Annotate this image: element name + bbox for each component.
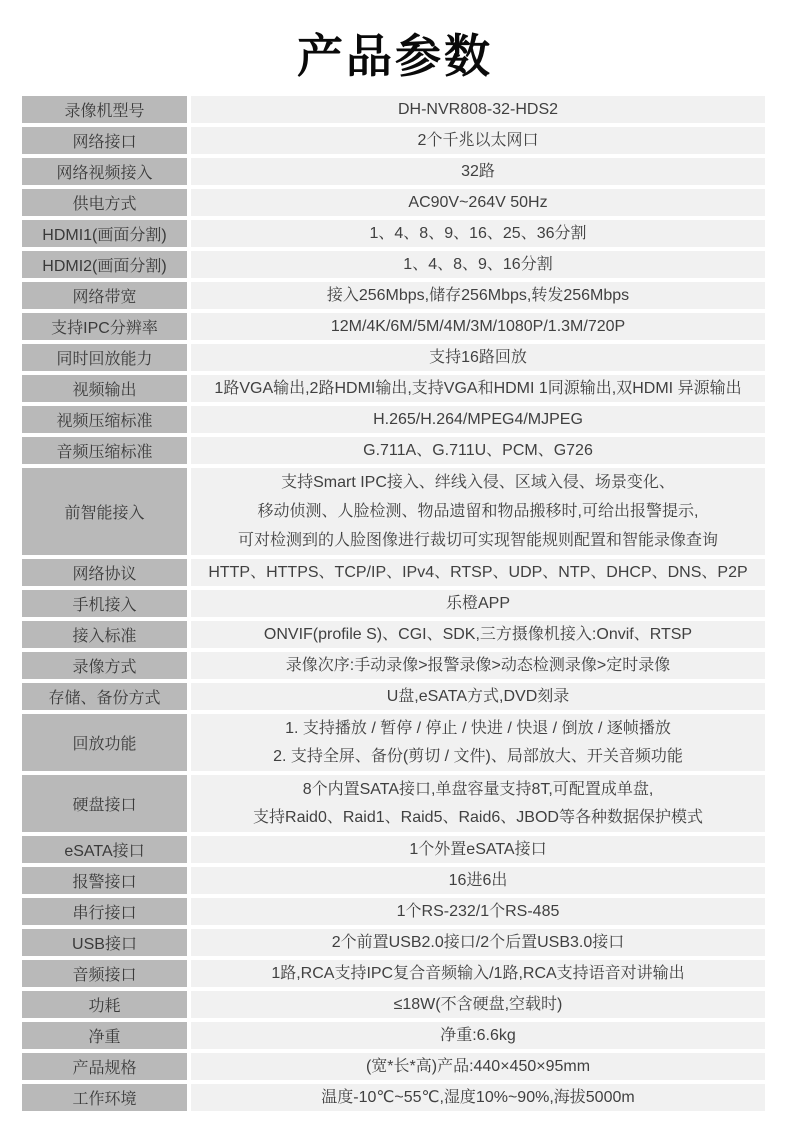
row-label: eSATA接口 bbox=[22, 836, 187, 863]
table-row: 视频输出1路VGA输出,2路HDMI输出,支持VGA和HDMI 1同源输出,双H… bbox=[22, 375, 765, 402]
row-label: 支持IPC分辨率 bbox=[22, 313, 187, 340]
row-label: USB接口 bbox=[22, 929, 187, 956]
row-value-line: 2个千兆以太网口 bbox=[418, 127, 539, 154]
row-label: 录像方式 bbox=[22, 652, 187, 679]
table-row: 接入标准ONVIF(profile S)、CGI、SDK,三方摄像机接入:Onv… bbox=[22, 621, 765, 648]
row-value: 1个RS-232/1个RS-485 bbox=[191, 898, 765, 925]
row-value-line: 支持16路回放 bbox=[429, 344, 527, 371]
row-label: 手机接入 bbox=[22, 590, 187, 617]
row-label: 录像机型号 bbox=[22, 96, 187, 123]
row-value: DH-NVR808-32-HDS2 bbox=[191, 96, 765, 123]
row-value-line: ONVIF(profile S)、CGI、SDK,三方摄像机接入:Onvif、R… bbox=[264, 621, 692, 648]
table-row: 工作环境温度-10℃~55℃,湿度10%~90%,海拔5000m bbox=[22, 1084, 765, 1111]
row-label: 接入标准 bbox=[22, 621, 187, 648]
row-value-line: U盘,eSATA方式,DVD刻录 bbox=[387, 683, 570, 710]
row-value: 净重:6.6kg bbox=[191, 1022, 765, 1049]
table-row: 硬盘接口8个内置SATA接口,单盘容量支持8T,可配置成单盘,支持Raid0、R… bbox=[22, 775, 765, 832]
row-value-line: 1个外置eSATA接口 bbox=[409, 836, 546, 863]
row-value: G.711A、G.711U、PCM、G726 bbox=[191, 437, 765, 464]
row-value-line: 支持Smart IPC接入、绊线入侵、区域入侵、场景变化、 bbox=[281, 469, 675, 496]
row-value: 8个内置SATA接口,单盘容量支持8T,可配置成单盘,支持Raid0、Raid1… bbox=[191, 775, 765, 832]
row-label: 前智能接入 bbox=[22, 468, 187, 555]
row-value-line: 乐橙APP bbox=[446, 590, 510, 617]
row-value: (宽*长*高)产品:440×450×95mm bbox=[191, 1053, 765, 1080]
row-value-line: 12M/4K/6M/5M/4M/3M/1080P/1.3M/720P bbox=[331, 313, 625, 340]
row-label: 供电方式 bbox=[22, 189, 187, 216]
row-label: 净重 bbox=[22, 1022, 187, 1049]
row-value-line: DH-NVR808-32-HDS2 bbox=[398, 96, 558, 123]
row-label: 工作环境 bbox=[22, 1084, 187, 1111]
row-label: 存储、备份方式 bbox=[22, 683, 187, 710]
row-value-line: 8个内置SATA接口,单盘容量支持8T,可配置成单盘, bbox=[303, 776, 654, 803]
table-row: USB接口2个前置USB2.0接口/2个后置USB3.0接口 bbox=[22, 929, 765, 956]
table-row: 网络协议HTTP、HTTPS、TCP/IP、IPv4、RTSP、UDP、NTP、… bbox=[22, 559, 765, 586]
table-row: HDMI2(画面分割)1、4、8、9、16分割 bbox=[22, 251, 765, 278]
table-row: 视频压缩标准H.265/H.264/MPEG4/MJPEG bbox=[22, 406, 765, 433]
row-value: 1个外置eSATA接口 bbox=[191, 836, 765, 863]
row-value-line: 2个前置USB2.0接口/2个后置USB3.0接口 bbox=[332, 929, 625, 956]
row-value-line: 移动侦测、人脸检测、物品遗留和物品搬移时,可给出报警提示, bbox=[258, 498, 699, 525]
table-row: 供电方式AC90V~264V 50Hz bbox=[22, 189, 765, 216]
row-value: 16进6出 bbox=[191, 867, 765, 894]
row-value-line: 1个RS-232/1个RS-485 bbox=[397, 898, 560, 925]
row-value-line: 2. 支持全屏、备份(剪切 / 文件)、局部放大、开关音频功能 bbox=[273, 743, 683, 770]
row-value: HTTP、HTTPS、TCP/IP、IPv4、RTSP、UDP、NTP、DHCP… bbox=[191, 559, 765, 586]
table-row: 报警接口16进6出 bbox=[22, 867, 765, 894]
table-row: 同时回放能力支持16路回放 bbox=[22, 344, 765, 371]
row-value: 1路,RCA支持IPC复合音频输入/1路,RCA支持语音对讲输出 bbox=[191, 960, 765, 987]
row-label: HDMI2(画面分割) bbox=[22, 251, 187, 278]
table-row: 回放功能1. 支持播放 / 暂停 / 停止 / 快进 / 快退 / 倒放 / 逐… bbox=[22, 714, 765, 771]
table-row: 网络接口2个千兆以太网口 bbox=[22, 127, 765, 154]
row-label: 硬盘接口 bbox=[22, 775, 187, 832]
row-value: 录像次序:手动录像>报警录像>动态检测录像>定时录像 bbox=[191, 652, 765, 679]
table-row: 音频接口1路,RCA支持IPC复合音频输入/1路,RCA支持语音对讲输出 bbox=[22, 960, 765, 987]
table-row: 录像方式录像次序:手动录像>报警录像>动态检测录像>定时录像 bbox=[22, 652, 765, 679]
row-value-line: 接入256Mbps,储存256Mbps,转发256Mbps bbox=[327, 282, 629, 309]
table-row: 网络带宽接入256Mbps,储存256Mbps,转发256Mbps bbox=[22, 282, 765, 309]
table-row: 存储、备份方式U盘,eSATA方式,DVD刻录 bbox=[22, 683, 765, 710]
row-label: 视频压缩标准 bbox=[22, 406, 187, 433]
row-value-line: 32路 bbox=[461, 158, 495, 185]
row-value-line: 1、4、8、9、16、25、36分割 bbox=[370, 220, 587, 247]
row-value: 1路VGA输出,2路HDMI输出,支持VGA和HDMI 1同源输出,双HDMI … bbox=[191, 375, 765, 402]
row-value-line: 可对检测到的人脸图像进行裁切可实现智能规则配置和智能录像查询 bbox=[238, 527, 718, 554]
row-value: 1、4、8、9、16分割 bbox=[191, 251, 765, 278]
row-value-line: H.265/H.264/MPEG4/MJPEG bbox=[373, 406, 583, 433]
table-row: eSATA接口1个外置eSATA接口 bbox=[22, 836, 765, 863]
row-value-line: 1路,RCA支持IPC复合音频输入/1路,RCA支持语音对讲输出 bbox=[271, 960, 684, 987]
row-label: 同时回放能力 bbox=[22, 344, 187, 371]
row-label: 功耗 bbox=[22, 991, 187, 1018]
row-label: 音频压缩标准 bbox=[22, 437, 187, 464]
row-label: 网络视频接入 bbox=[22, 158, 187, 185]
row-value-line: G.711A、G.711U、PCM、G726 bbox=[363, 437, 593, 464]
row-label: 串行接口 bbox=[22, 898, 187, 925]
row-label: 报警接口 bbox=[22, 867, 187, 894]
row-value: 1、4、8、9、16、25、36分割 bbox=[191, 220, 765, 247]
row-value-line: 录像次序:手动录像>报警录像>动态检测录像>定时录像 bbox=[286, 652, 670, 679]
row-value-line: 16进6出 bbox=[449, 867, 508, 894]
row-value-line: 1路VGA输出,2路HDMI输出,支持VGA和HDMI 1同源输出,双HDMI … bbox=[214, 375, 741, 402]
row-value-line: ≤18W(不含硬盘,空载时) bbox=[394, 991, 563, 1018]
row-label: 网络带宽 bbox=[22, 282, 187, 309]
page-title: 产品参数 bbox=[0, 0, 790, 96]
row-label: HDMI1(画面分割) bbox=[22, 220, 187, 247]
row-value: 接入256Mbps,储存256Mbps,转发256Mbps bbox=[191, 282, 765, 309]
table-row: HDMI1(画面分割)1、4、8、9、16、25、36分割 bbox=[22, 220, 765, 247]
row-value-line: 支持Raid0、Raid1、Raid5、Raid6、JBOD等各种数据保护模式 bbox=[253, 804, 703, 831]
row-value: ≤18W(不含硬盘,空载时) bbox=[191, 991, 765, 1018]
table-row: 网络视频接入32路 bbox=[22, 158, 765, 185]
row-value: U盘,eSATA方式,DVD刻录 bbox=[191, 683, 765, 710]
row-value-line: AC90V~264V 50Hz bbox=[408, 189, 547, 216]
row-value-line: 温度-10℃~55℃,湿度10%~90%,海拔5000m bbox=[321, 1084, 634, 1111]
row-value: 支持16路回放 bbox=[191, 344, 765, 371]
row-value: 2个前置USB2.0接口/2个后置USB3.0接口 bbox=[191, 929, 765, 956]
row-value-line: 1. 支持播放 / 暂停 / 停止 / 快进 / 快退 / 倒放 / 逐帧播放 bbox=[285, 715, 671, 742]
row-value: 12M/4K/6M/5M/4M/3M/1080P/1.3M/720P bbox=[191, 313, 765, 340]
row-value: 1. 支持播放 / 暂停 / 停止 / 快进 / 快退 / 倒放 / 逐帧播放2… bbox=[191, 714, 765, 771]
row-value-line: HTTP、HTTPS、TCP/IP、IPv4、RTSP、UDP、NTP、DHCP… bbox=[208, 559, 747, 586]
row-label: 网络协议 bbox=[22, 559, 187, 586]
row-value: 2个千兆以太网口 bbox=[191, 127, 765, 154]
row-label: 回放功能 bbox=[22, 714, 187, 771]
table-row: 串行接口1个RS-232/1个RS-485 bbox=[22, 898, 765, 925]
table-row: 净重净重:6.6kg bbox=[22, 1022, 765, 1049]
row-value-line: 1、4、8、9、16分割 bbox=[403, 251, 552, 278]
row-label: 网络接口 bbox=[22, 127, 187, 154]
row-value-line: (宽*长*高)产品:440×450×95mm bbox=[366, 1053, 590, 1080]
row-label: 视频输出 bbox=[22, 375, 187, 402]
table-row: 产品规格(宽*长*高)产品:440×450×95mm bbox=[22, 1053, 765, 1080]
table-row: 音频压缩标准G.711A、G.711U、PCM、G726 bbox=[22, 437, 765, 464]
row-value: 乐橙APP bbox=[191, 590, 765, 617]
table-row: 手机接入乐橙APP bbox=[22, 590, 765, 617]
row-value: 温度-10℃~55℃,湿度10%~90%,海拔5000m bbox=[191, 1084, 765, 1111]
row-value: H.265/H.264/MPEG4/MJPEG bbox=[191, 406, 765, 433]
table-row: 支持IPC分辨率12M/4K/6M/5M/4M/3M/1080P/1.3M/72… bbox=[22, 313, 765, 340]
table-row: 录像机型号DH-NVR808-32-HDS2 bbox=[22, 96, 765, 123]
row-value: AC90V~264V 50Hz bbox=[191, 189, 765, 216]
row-value: 支持Smart IPC接入、绊线入侵、区域入侵、场景变化、移动侦测、人脸检测、物… bbox=[191, 468, 765, 555]
row-value-line: 净重:6.6kg bbox=[440, 1022, 516, 1049]
row-value: 32路 bbox=[191, 158, 765, 185]
row-label: 产品规格 bbox=[22, 1053, 187, 1080]
row-label: 音频接口 bbox=[22, 960, 187, 987]
row-value: ONVIF(profile S)、CGI、SDK,三方摄像机接入:Onvif、R… bbox=[191, 621, 765, 648]
table-row: 功耗≤18W(不含硬盘,空载时) bbox=[22, 991, 765, 1018]
table-row: 前智能接入支持Smart IPC接入、绊线入侵、区域入侵、场景变化、移动侦测、人… bbox=[22, 468, 765, 555]
spec-table: 录像机型号DH-NVR808-32-HDS2网络接口2个千兆以太网口网络视频接入… bbox=[22, 96, 765, 1111]
